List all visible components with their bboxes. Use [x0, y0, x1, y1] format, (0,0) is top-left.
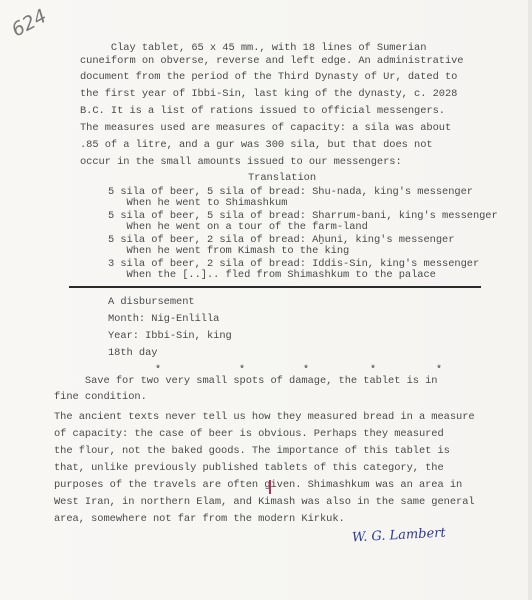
condition-line: Save for two very small spots of damage,…	[54, 375, 438, 387]
commentary-line: area, somewhere not far from the modern …	[54, 513, 345, 525]
intro-line: B.C. It is a list of rations issued to o…	[80, 105, 445, 117]
translation-note: When the [..].. fled from Shimashkum to …	[108, 269, 436, 281]
colophon-line: Year: Ibbi-Sin, king	[108, 330, 232, 342]
intro-line: document from the period of the Third Dy…	[80, 71, 457, 83]
commentary-line: purposes of the travels are often given.…	[54, 479, 462, 491]
commentary-line: The ancient texts never tell us how they…	[54, 411, 475, 423]
colophon-line: Month: Nig-Enlilla	[108, 313, 219, 325]
translation-note: When he went to Shimashkum	[108, 197, 287, 209]
condition-line: fine condition.	[54, 391, 147, 403]
translation-note: When he went on a tour of the farm-land	[108, 221, 368, 233]
commentary-line: of capacity: the case of beer is obvious…	[54, 428, 444, 440]
page-edge	[528, 0, 532, 600]
colophon-line: 18th day	[108, 347, 157, 359]
intro-line: occur in the small amounts issued to our…	[80, 156, 402, 168]
edit-insertion-mark	[269, 480, 271, 494]
intro-line: .85 of a litre, and a gur was 300 sila, …	[80, 139, 433, 151]
commentary-line: that, unlike previously published tablet…	[54, 462, 444, 474]
intro-line: cuneiform on obverse, reverse and left e…	[80, 55, 464, 67]
intro-line: the first year of Ibbi-Sin, last king of…	[80, 88, 457, 100]
translation-heading: Translation	[248, 172, 316, 184]
horizontal-rule	[69, 286, 481, 288]
intro-line: The measures used are measures of capaci…	[80, 122, 451, 134]
colophon-line: A disbursement	[108, 296, 195, 308]
commentary-line: the flour, not the baked goods. The impo…	[54, 445, 450, 457]
commentary-line: West Iran, in northern Elam, and Kimash …	[54, 496, 475, 508]
intro-line: Clay tablet, 65 x 45 mm., with 18 lines …	[80, 42, 426, 54]
translation-note: When he went from Kimash to the king	[108, 245, 349, 257]
